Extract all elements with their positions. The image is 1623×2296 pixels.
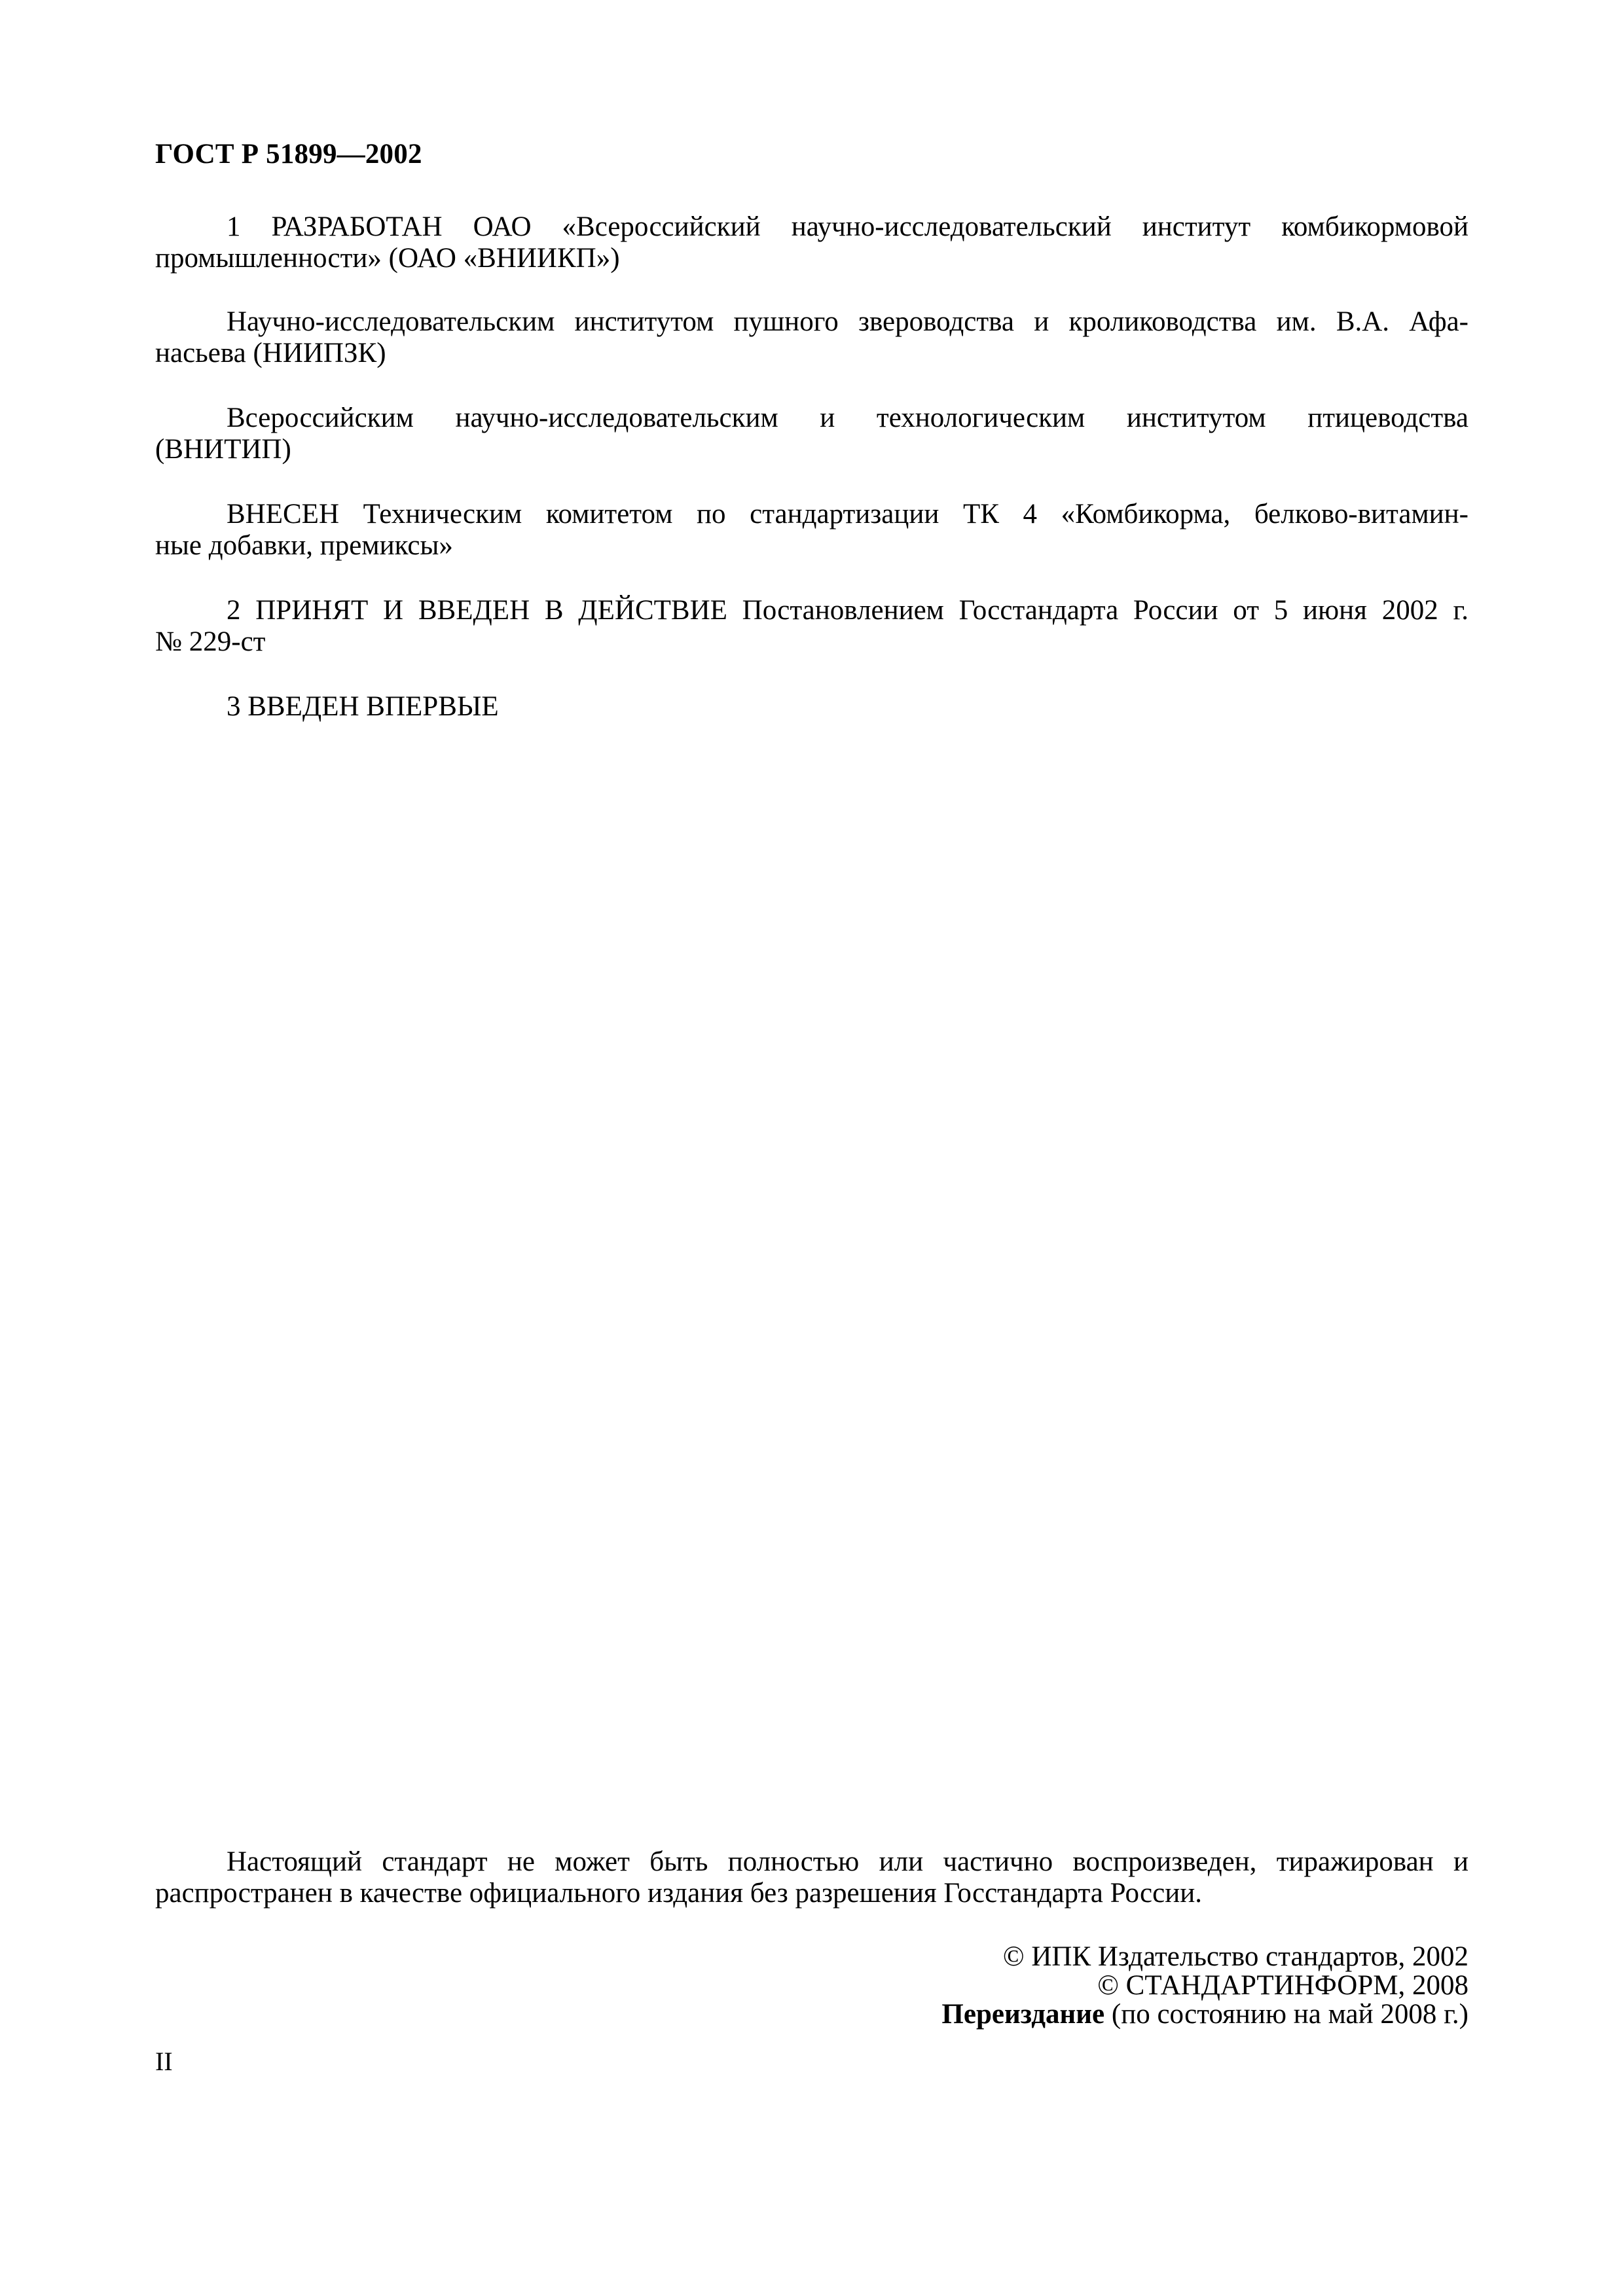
reproduction-notice: Настоящий стандарт не может быть полност…	[155, 1846, 1468, 1909]
paragraph-line: Научно-исследовательским институтом пушн…	[155, 306, 1468, 338]
paragraph-line: насьева (НИИПЗК)	[155, 338, 1468, 369]
notice-line: Настоящий стандарт не может быть полност…	[155, 1846, 1468, 1878]
paragraph-adopted: 2 ПРИНЯТ И ВВЕДЕН В ДЕЙСТВИЕ Постановлен…	[155, 595, 1468, 658]
reissue-note: (по состоянию на май 2008 г.)	[1104, 1999, 1468, 2030]
paragraph-first-introduced: 3 ВВЕДЕН ВПЕРВЫЕ	[155, 691, 1468, 723]
paragraph-niipzk: Научно-исследовательским институтом пушн…	[155, 306, 1468, 369]
copyright-line-ipk: © ИПК Издательство стандартов, 2002	[941, 1943, 1468, 1971]
paragraph-line: 2 ПРИНЯТ И ВВЕДЕН В ДЕЙСТВИЕ Постановлен…	[155, 595, 1468, 626]
paragraph-vnitip: Всероссийским научно-исследовательским и…	[155, 403, 1468, 465]
paragraph-line: Всероссийским научно-исследовательским и…	[155, 403, 1468, 434]
paragraph-line: промышленности» (ОАО «ВНИИКП»)	[155, 243, 1468, 274]
paragraph-developed: 1 РАЗРАБОТАН ОАО «Всероссийский научно-и…	[155, 211, 1468, 274]
paragraph-line: (ВНИТИП)	[155, 434, 1468, 465]
paragraph-line: ВНЕСЕН Техническим комитетом по стандарт…	[155, 499, 1468, 530]
copyright-line-standartinform: © СТАНДАРТИНФОРМ, 2008	[941, 1971, 1468, 2000]
reissue-line: Переиздание (по состоянию на май 2008 г.…	[941, 2000, 1468, 2029]
reissue-label: Переиздание	[941, 1999, 1104, 2030]
standard-code-header: ГОСТ Р 51899—2002	[155, 139, 422, 170]
paragraph-line: 3 ВВЕДЕН ВПЕРВЫЕ	[155, 691, 1468, 723]
paragraph-line: № 229-ст	[155, 626, 1468, 658]
page-number: II	[155, 2047, 173, 2076]
notice-line: распространен в качестве официального из…	[155, 1878, 1468, 1909]
copyright-block: © ИПК Издательство стандартов, 2002 © СТ…	[941, 1943, 1468, 2029]
paragraph-submitted: ВНЕСЕН Техническим комитетом по стандарт…	[155, 499, 1468, 562]
paragraph-line: ные добавки, премиксы»	[155, 530, 1468, 562]
paragraph-line: 1 РАЗРАБОТАН ОАО «Всероссийский научно-и…	[155, 211, 1468, 243]
document-page: ГОСТ Р 51899—2002 1 РАЗРАБОТАН ОАО «Всер…	[0, 0, 1623, 2296]
